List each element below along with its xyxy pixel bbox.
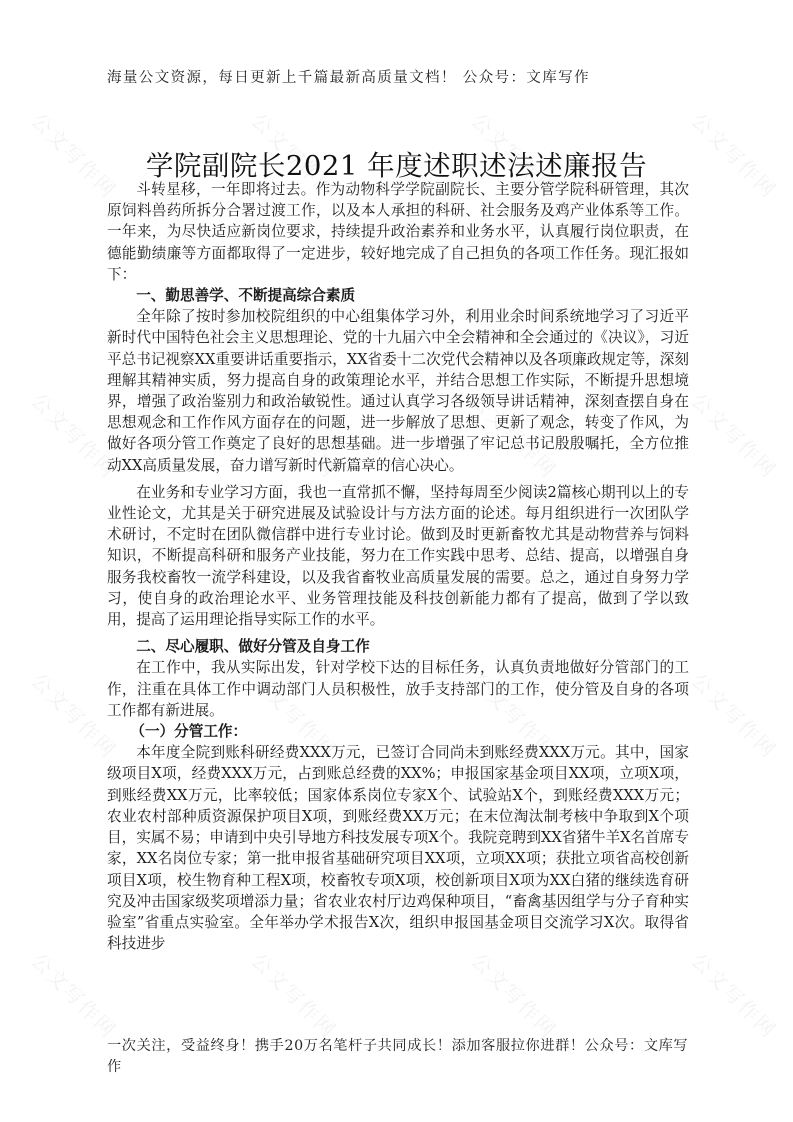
document-body: 斗转星移，一年即将过去。作为动物科学学院副院长、主要分管学院科研管理，其次原饲料… bbox=[107, 179, 689, 954]
section-heading-1: 一、勤思善学、不断提高综合素质 bbox=[107, 285, 689, 306]
paragraph-professional-study: 在业务和专业学习方面，我也一直常抓不懈，坚持每周至少阅读2篇核心期刊以上的专业性… bbox=[107, 482, 689, 630]
intro-paragraph: 斗转星移，一年即将过去。作为动物科学学院副院长、主要分管学院科研管理，其次原饲料… bbox=[107, 179, 689, 285]
paragraph-study: 全年除了按时参加校院组织的中心组集体学习外，利用业余时间系统地学习了习近平新时代… bbox=[107, 306, 689, 476]
footer-promo-note: 一次关注，受益终身！携手20万名笔杆子共同成长！添加客服拉你进群！公众号：文库写… bbox=[107, 1036, 697, 1078]
section-heading-2: 二、尽心履职、做好分管及自身工作 bbox=[107, 636, 689, 657]
watermark-text: 公文写作网 bbox=[686, 385, 784, 483]
watermark-text: 公文写作网 bbox=[686, 665, 784, 763]
header-promo-note: 海量公文资源，每日更新上千篇最新高质量文档！ 公众号：文库写作 bbox=[107, 66, 590, 87]
watermark-text: 公文写作网 bbox=[686, 945, 784, 1043]
watermark-text: 公文写作网 bbox=[26, 945, 124, 1043]
subsection-heading-1: （一）分管工作： bbox=[107, 721, 689, 742]
paragraph-research-funding: 本年度全院到账科研经费XXX万元，已签订合同尚未到账经费XXX万元。其中，国家级… bbox=[107, 742, 689, 954]
paragraph-duties: 在工作中，我从实际出发，针对学校下达的目标任务，认真负责地做好分管部门的工作，注… bbox=[107, 657, 689, 721]
document-title: 学院副院长2021 年度述职述法述廉报告 bbox=[0, 143, 793, 183]
watermark-text: 公文写作网 bbox=[246, 945, 344, 1043]
watermark-text: 公文写作网 bbox=[466, 945, 564, 1043]
